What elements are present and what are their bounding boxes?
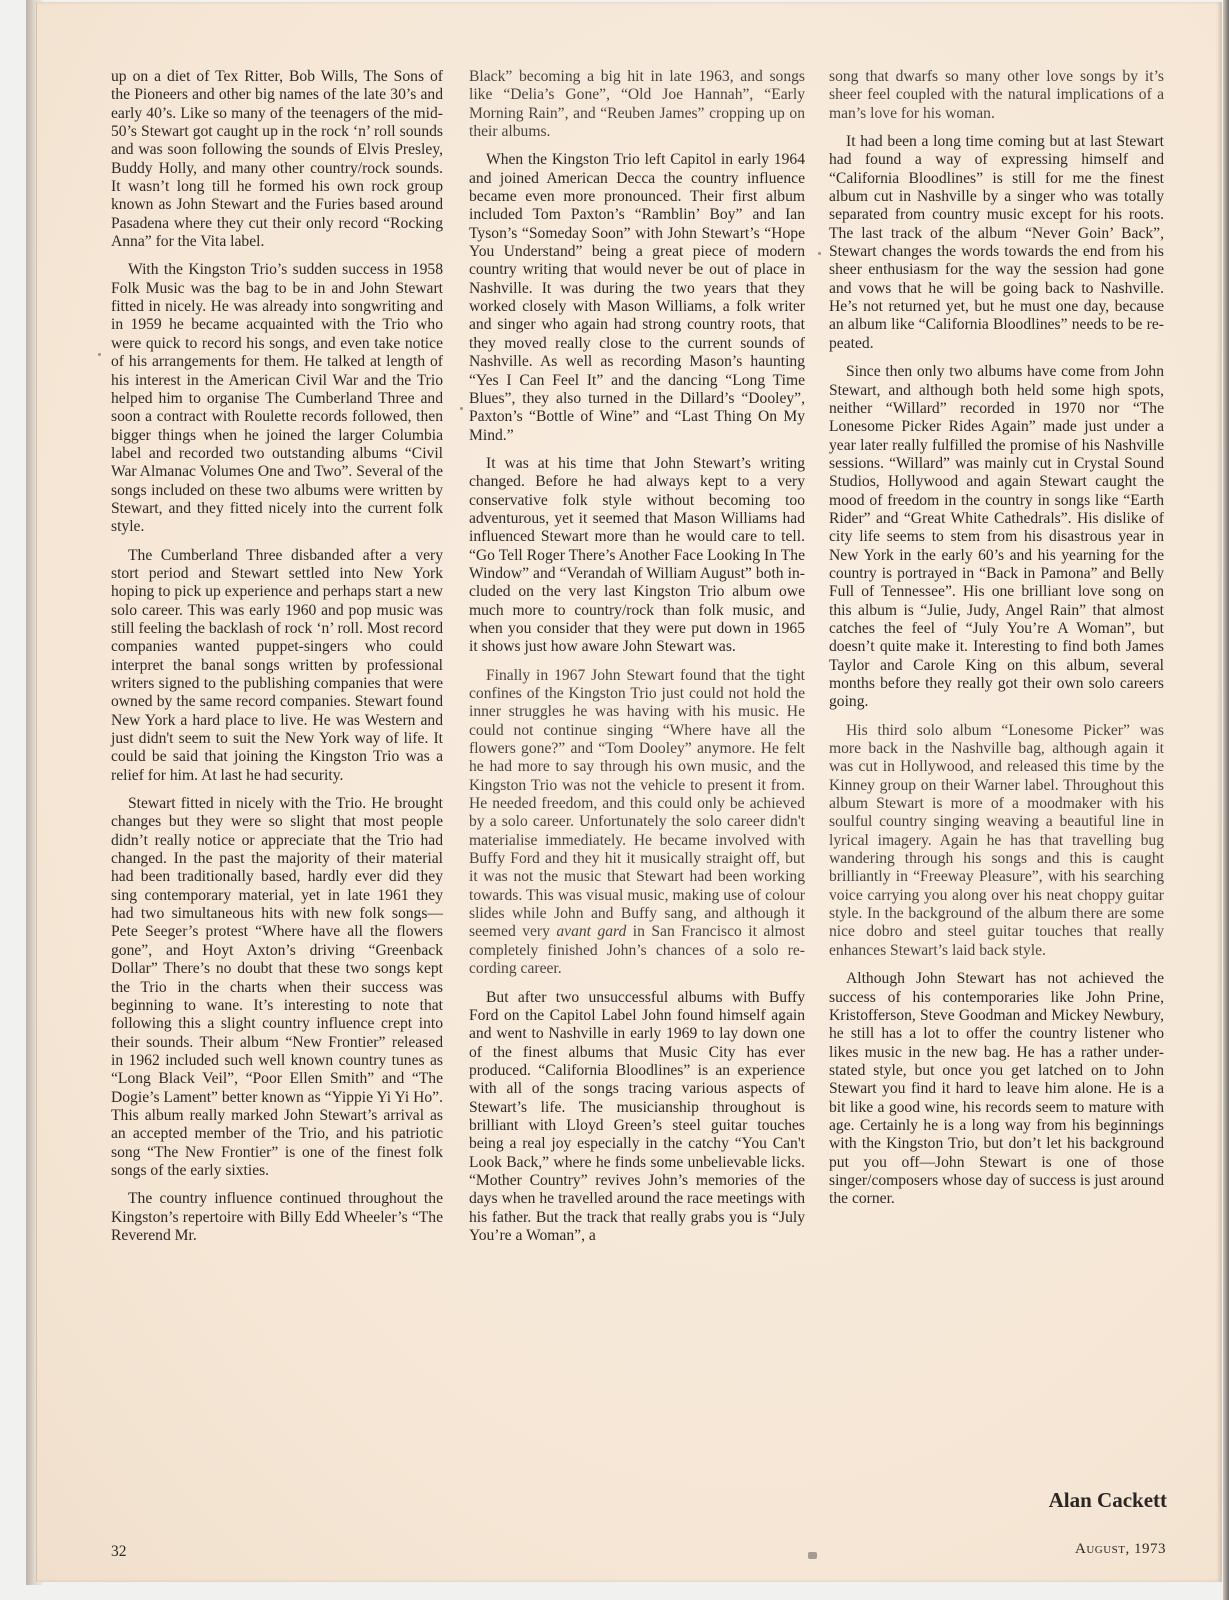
article-paragraph: His third solo album “Lonesome Pick­er” … xyxy=(829,722,1164,960)
paper-speck xyxy=(98,353,101,356)
article-paragraph: The Cumberland Three disbanded after a v… xyxy=(111,547,443,785)
article-paragraph: Stewart fitted in nicely with the Trio. … xyxy=(111,795,443,1180)
article-paragraph: It had been a long time coming but at la… xyxy=(829,133,1164,353)
article-paragraph: The country influence continued thro­ugh… xyxy=(111,1190,443,1245)
staple-mark xyxy=(808,1552,817,1559)
article-paragraph: It was at his time that John Stewart’s w… xyxy=(469,455,805,657)
article-paragraph: Finally in 1967 John Stewart found that … xyxy=(469,667,805,979)
italic-phrase: avant gard xyxy=(556,923,626,940)
article-paragraph: Although John Stewart has not achiev­ed … xyxy=(829,970,1164,1208)
article-column-2: Black” becoming a big hit in late 1963, … xyxy=(469,68,805,1255)
paper-speck xyxy=(460,407,463,410)
issue-date: August, 1973 xyxy=(900,1541,1166,1558)
article-paragraph: But after two unsuccessful albums with B… xyxy=(469,989,805,1246)
issue-year: 1973 xyxy=(1134,1541,1166,1557)
author-byline: Alan Cackett xyxy=(829,1488,1167,1513)
article-column-3: song that dwarfs so many other love song… xyxy=(829,68,1164,1219)
article-paragraph: When the Kingston Trio left Capitol in e… xyxy=(469,151,805,445)
article-paragraph: With the Kingston Trio’s sudden suc­cess… xyxy=(111,261,443,536)
issue-month: August, xyxy=(1075,1541,1130,1557)
paper-speck xyxy=(818,252,821,255)
article-paragraph: song that dwarfs so many other love song… xyxy=(829,68,1164,123)
article-column-1: up on a diet of Tex Ritter, Bob Wills, T… xyxy=(111,68,443,1255)
article-paragraph: up on a diet of Tex Ritter, Bob Wills, T… xyxy=(111,68,443,251)
article-paragraph: Black” becoming a big hit in late 1963, … xyxy=(469,68,805,141)
article-paragraph: Since then only two albums have come fro… xyxy=(829,363,1164,712)
page-number: 32 xyxy=(111,1543,127,1561)
page-shadow xyxy=(1223,0,1229,1600)
